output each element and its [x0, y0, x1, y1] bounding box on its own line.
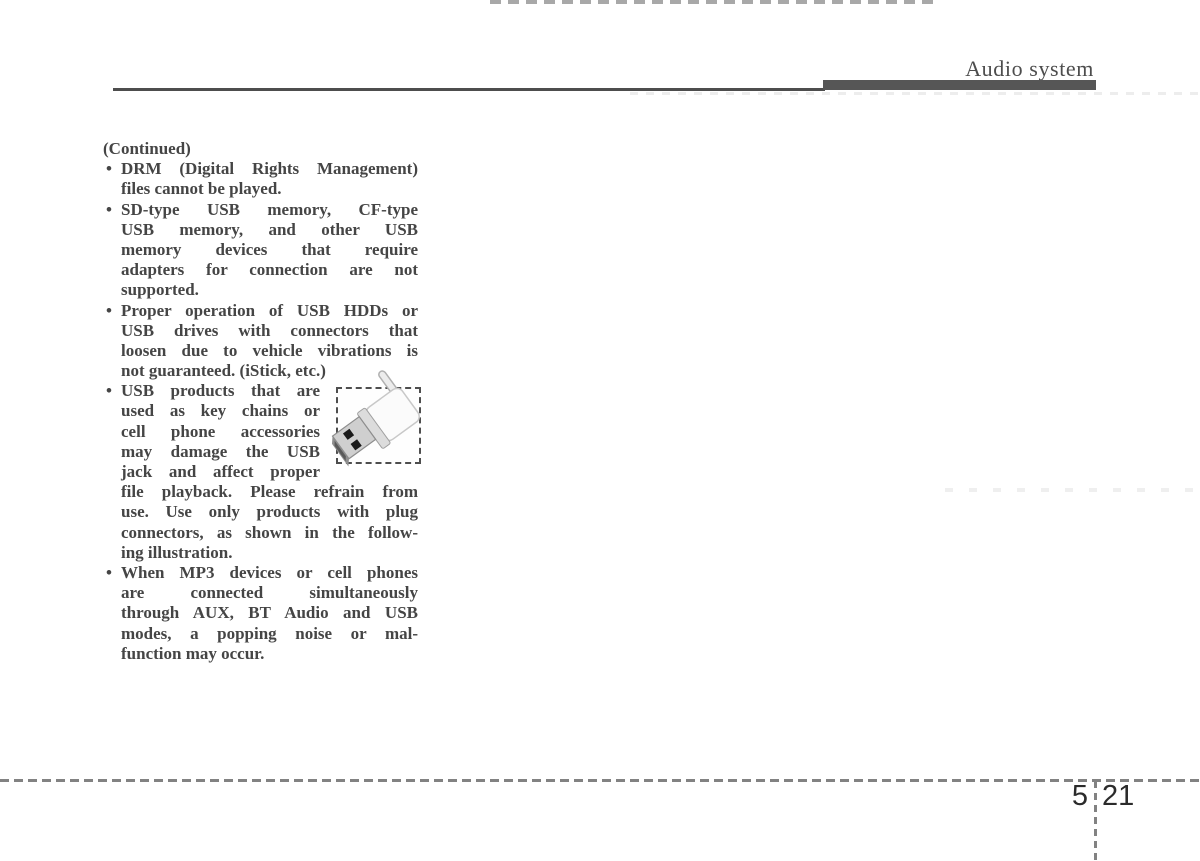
list-item-line: •When MP3 devices or cell phones [103, 563, 418, 583]
usb-plug-figure [336, 387, 421, 464]
bullet-marker: • [106, 159, 112, 179]
bullet-marker: • [106, 381, 112, 401]
list-item-line: modes, a popping noise or mal- [103, 624, 418, 644]
list-item-line: files cannot be played. [103, 179, 418, 199]
list-item-line: use. Use only products with plug [103, 502, 418, 522]
usb-plug-icon [332, 375, 432, 475]
list-item-line: function may occur. [103, 644, 418, 664]
mid-scan-artifact [945, 488, 1200, 492]
bullet-marker: • [106, 563, 112, 583]
list-item-line: •DRM (Digital Rights Management) [103, 159, 418, 179]
chapter-number: 5 [1052, 782, 1088, 811]
list-item-line: file playback. Please refrain from [103, 482, 418, 502]
list-item-line: USB memory, and other USB [103, 220, 418, 240]
list-item-line: are connected simultaneously [103, 583, 418, 603]
list-item-line: •Proper operation of USB HDDs or [103, 301, 418, 321]
header-rule-thick [823, 80, 1096, 90]
header-scan-artifact [630, 92, 1200, 95]
bullet-marker: • [106, 301, 112, 321]
page-number: 21 [1102, 782, 1134, 811]
bullet-marker: • [106, 200, 112, 220]
list-item-line: memory devices that require [103, 240, 418, 260]
list-item-line: •SD-type USB memory, CF-type [103, 200, 418, 220]
list-item-line: USB drives with connectors that [103, 321, 418, 341]
top-trim-dashed-line [490, 0, 935, 4]
footer-vertical-dashed-line [1094, 781, 1097, 861]
list-item-line: supported. [103, 280, 418, 300]
list-item-line: loosen due to vehicle vibrations is [103, 341, 418, 361]
list-item-line: through AUX, BT Audio and USB [103, 603, 418, 623]
list-item-line: adapters for connection are not [103, 260, 418, 280]
manual-page: Audio system (Continued) •DRM (Digital R… [0, 0, 1200, 861]
page-title: Audio system [965, 56, 1094, 82]
bottom-trim-dashed-line [0, 779, 1200, 782]
header-rule-thin [113, 88, 825, 91]
list-item-line: connectors, as shown in the follow- [103, 523, 418, 543]
continued-label: (Continued) [103, 139, 418, 159]
list-item-line: ing illustration. [103, 543, 418, 563]
